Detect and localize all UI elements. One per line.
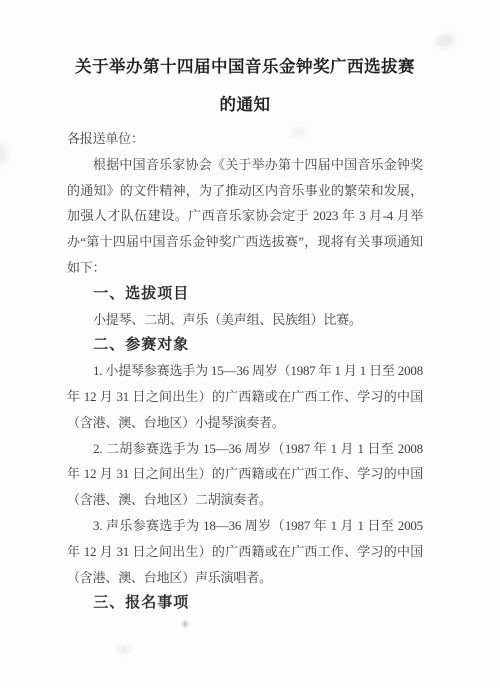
section2-item-erhu: 2. 二胡参赛选手为 15—36 周岁（1987 年 1 月 1 日至 2008… — [67, 436, 423, 513]
notice-title-line1: 关于举办第十四届中国音乐金钟奖广西选拔赛 — [67, 48, 423, 86]
notice-title: 关于举办第十四届中国音乐金钟奖广西选拔赛 的通知 — [67, 48, 423, 124]
section2-item-violin: 1. 小提琴参赛选手为 15—36 周岁（1987 年 1 月 1 日至 200… — [67, 358, 423, 435]
section1-body: 小提琴、二胡、声乐（美声组、民族组）比赛。 — [67, 307, 423, 333]
document-body: 关于举办第十四届中国音乐金钟奖广西选拔赛 的通知 各报送单位： 根据中国音乐家协… — [0, 0, 500, 616]
salutation: 各报送单位： — [67, 126, 423, 152]
notice-title-line2: 的通知 — [67, 86, 423, 124]
scan-smudge — [182, 621, 188, 627]
section2-heading: 二、参赛对象 — [67, 332, 423, 358]
section2-item-vocal: 3. 声乐参赛选手为 18—36 周岁（1987 年 1 月 1 日至 2005… — [67, 513, 423, 590]
section1-heading: 一、选拔项目 — [67, 281, 423, 307]
section3-heading: 三、报名事项 — [67, 590, 423, 616]
intro-paragraph: 根据中国音乐家协会《关于举办第十四届中国音乐金钟奖的通知》的文件精神，为了推动区… — [67, 152, 423, 281]
scanned-notice-page: 关于举办第十四届中国音乐金钟奖广西选拔赛 的通知 各报送单位： 根据中国音乐家协… — [0, 0, 500, 688]
scan-smudge — [118, 646, 130, 653]
